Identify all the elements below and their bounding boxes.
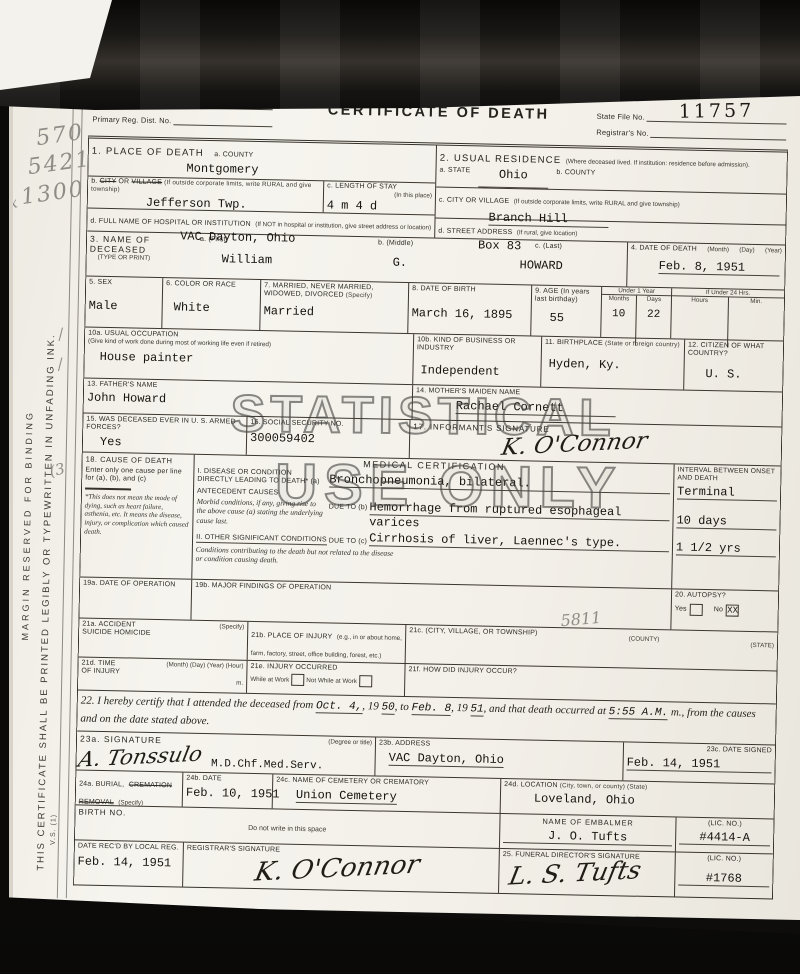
certify-time: 5:55 A.M. <box>609 706 669 720</box>
not-while-label: Not While at Work <box>306 677 357 685</box>
birthplace-note: (State or foreign country) <box>605 340 680 349</box>
time-of-injury-label: 21d. TIME OF INJURY <box>81 660 126 678</box>
name-of-deceased-label: 3. NAME OF DECEASED <box>90 234 194 256</box>
certificate-paper: MARGIN RESERVED FOR BINDING THIS CERTIFI… <box>0 42 800 920</box>
primary-reg-dist-label: Primary Reg. Dist. No. <box>92 115 171 126</box>
hours-label: Hours <box>672 297 728 305</box>
interval-b: 10 days <box>676 514 776 531</box>
min-label: Min. <box>728 298 784 306</box>
usual-residence-title: 2. USUAL RESIDENCE <box>440 153 562 166</box>
burial-label: 24a. BURIAL, <box>79 780 124 788</box>
state-file-value: 11757 <box>679 100 755 123</box>
usual-residence-cell: 2. USUAL RESIDENCE (Where deceased lived… <box>434 146 787 245</box>
sidebar-divider <box>85 487 131 490</box>
place-of-death-title: 1. PLACE OF DEATH <box>92 146 204 159</box>
pencil-note-1: 570 <box>35 120 86 151</box>
certify-post2: occurred at <box>555 704 606 717</box>
scanned-death-certificate: MARGIN RESERVED FOR BINDING THIS CERTIFI… <box>0 0 800 974</box>
injury-occurred-label: 21e. INJURY OCCURRED <box>250 663 401 674</box>
cause-c-value: Cirrhosis of liver, Laennec's type. <box>369 531 669 552</box>
registrar-signature-cell: REGISTRAR'S SIGNATURE K. O'Connor <box>182 843 499 893</box>
residence-county-label: b. COUNTY <box>556 169 596 190</box>
armed-forces-label: 15. WAS DECEASED EVER IN U. S. ARMED FOR… <box>86 416 243 436</box>
months-label: Months <box>602 295 636 303</box>
burial-location-value: Loveland, Ohio <box>534 792 771 811</box>
while-at-work-label: While at Work <box>250 676 289 684</box>
pencil-note-2: 5421 <box>26 147 93 181</box>
registrar-no-blank <box>651 128 787 141</box>
birthplace-value: Hyden, Ky. <box>549 357 681 374</box>
state-file-block: State File No. 11757 Registrar's No. <box>596 98 787 141</box>
marital-value: Married <box>264 304 405 321</box>
autopsy-yes-label: Yes <box>675 606 687 615</box>
dod-day: (Day) <box>739 247 755 256</box>
embalmer-value: J. O. Tufts <box>503 828 672 846</box>
county-label: a. COUNTY <box>214 151 253 159</box>
cause-footnote: *This does not mean the mode of dying, s… <box>84 492 190 538</box>
occupation-value: House painter <box>100 349 410 369</box>
place-of-death-cell: 1. PLACE OF DEATH a. COUNTY Montgomery b… <box>87 139 436 238</box>
date-of-operation-label: 19a. DATE OF OPERATION <box>83 580 188 590</box>
cause-instruction: Enter only one cause per line for (a), (… <box>85 467 190 486</box>
city-word: CITY <box>100 178 117 185</box>
cause-sidebar: 18. CAUSE OF DEATH Enter only one cause … <box>80 453 193 579</box>
date-of-death-label: 4. DATE OF DEATH <box>631 244 697 254</box>
dod-month: (Month) <box>707 246 729 255</box>
embalmer-lic-label: (LIC. NO.) <box>679 820 770 830</box>
injury-county-label: (COUNTY) <box>628 635 659 666</box>
business-label: 10b. KIND OF BUSINESS OR INDUSTRY <box>417 336 538 355</box>
interval-cell: INTERVAL BETWEEN ONSET AND DEATH Termina… <box>671 464 780 590</box>
physician-address-value: VAC Dayton, Ohio <box>389 751 504 768</box>
injury-state-label: (STATE) <box>750 642 774 668</box>
place-of-injury-label: 21b. PLACE OF INJURY <box>251 632 332 641</box>
certify-y1-pre: , 19 <box>362 700 379 712</box>
pencil-note-3: 1300 <box>20 177 87 211</box>
cemetery-label: 24c. NAME OF CEMETERY OR CREMATORY <box>276 776 497 789</box>
book-spine <box>0 96 9 904</box>
autopsy-yes-checkbox <box>690 604 703 616</box>
burial-date-value: Feb. 10, 1951 <box>186 786 269 802</box>
date-of-death-value: Feb. 8, 1951 <box>658 259 779 276</box>
embalmer-label: NAME OF EMBALMER <box>503 816 672 828</box>
burial-date-label: 24b. DATE <box>186 775 269 785</box>
autopsy-no-checkbox: XX <box>726 605 739 617</box>
burial-location-note: (City, town, or county) (State) <box>560 782 648 791</box>
sex-value: Male <box>89 299 159 314</box>
under-24-cell: If Under 24 Hrs. Hours Min. <box>670 288 784 340</box>
date-recd-label: DATE REC'D BY LOCAL REG. <box>78 842 180 852</box>
margin-ink-text: THIS CERTIFICATE SHALL BE PRINTED LEGIBL… <box>35 211 59 871</box>
cause-of-death-label: 18. CAUSE OF DEATH <box>86 455 191 466</box>
certify-to-word: , to <box>395 701 409 713</box>
margin-binding-text: MARGIN RESERVED FOR BINDING <box>20 390 35 640</box>
interval-label: INTERVAL BETWEEN ONSET AND DEATH <box>677 466 777 484</box>
certify-y2: 51 <box>470 703 483 716</box>
village-word: VILLAGE <box>131 178 162 186</box>
time-cols: (Month) (Day) (Year) (Hour) <box>166 661 243 679</box>
page-edge <box>9 96 13 902</box>
date-of-death-cell: 4. DATE OF DEATH (Month) (Day) (Year) Fe… <box>626 242 785 289</box>
race-value: White <box>174 301 257 317</box>
funeral-director-signature: L. S. Tufts <box>506 856 643 891</box>
degree-value: M.D.Chf.Med.Serv. <box>211 758 323 772</box>
length-of-stay-value: 4 m 4 d <box>327 198 432 214</box>
usual-residence-note: (Where deceased lived. If institution: r… <box>566 158 750 169</box>
row-place-residence: 1. PLACE OF DEATH a. COUNTY Montgomery b… <box>87 139 787 245</box>
due-to-c-label: DUE TO (c) <box>329 537 367 546</box>
certify-y1: 50 <box>381 702 394 715</box>
residence-state-label: a. STATE <box>439 167 470 188</box>
certify-to: Feb. 8 <box>411 702 451 716</box>
street-note: (If rural, give location) <box>517 229 578 237</box>
institution-note: (If NOT in hospital or institution, give… <box>255 221 431 232</box>
months-value: 10 <box>602 308 636 321</box>
institution-label: d. FULL NAME OF HOSPITAL OR INSTITUTION <box>90 218 251 228</box>
date-signed-label: 23c. DATE SIGNED <box>627 744 772 755</box>
certify-from: Oct. 4, <box>316 700 362 714</box>
degree-note: (Degree or title) <box>328 738 372 749</box>
residence-city-note: (If outside corporate limits, write RURA… <box>514 198 680 208</box>
interval-c: 1 1/2 yrs <box>676 541 776 558</box>
date-recd-value: Feb. 14, 1951 <box>77 855 179 871</box>
accident-note: (Specify) <box>219 623 245 657</box>
embalmer-lic-value: #4414-A <box>679 830 770 847</box>
accident-label: 21a. ACCIDENT SUICIDE HOMICIDE <box>82 621 153 656</box>
physician-signature: A. Tonssulo <box>76 742 204 772</box>
last-name-value: HOWARD <box>519 259 623 275</box>
funeral-lic-value: #1768 <box>678 871 769 888</box>
pencil-slash-1: / <box>56 325 65 344</box>
age-label: 9. AGE (In years last birthday) <box>535 288 598 306</box>
first-name-value: William <box>222 253 342 269</box>
interval-a: Terminal <box>677 485 777 502</box>
marital-note: (Specify) <box>346 292 373 300</box>
stamp-use-only: USE ONLY <box>275 451 623 522</box>
injury-city-label: 21c. (CITY, VILLAGE, OR TOWNSHIP) <box>409 627 538 664</box>
funeral-lic-label: (LIC. NO.) <box>679 855 770 865</box>
residence-city-label: c. CITY OR VILLAGE <box>439 197 510 205</box>
autopsy-no-label: No <box>714 606 724 615</box>
primary-reg-dist-blank <box>173 115 272 127</box>
residence-state-value: Ohio <box>478 167 548 188</box>
street-label: d. STREET ADDRESS <box>438 228 512 236</box>
burial-location-label: 24d. LOCATION <box>504 781 558 789</box>
state-file-label: State File No. <box>597 112 645 122</box>
city-b: b. <box>91 178 97 185</box>
dod-year: (Year) <box>765 247 782 256</box>
armed-forces-value: Yes <box>100 435 243 452</box>
business-value: Independent <box>420 363 537 379</box>
certify-y2-pre: , 19 <box>451 702 468 714</box>
sex-label: 5. SEX <box>89 279 159 289</box>
birthplace-label: 11. BIRTHPLACE <box>545 339 603 347</box>
while-at-work-checkbox <box>291 674 304 686</box>
pencil-scribble: (3 <box>48 460 67 481</box>
cemetery-value: Union Cemetery <box>296 788 397 805</box>
registrar-no-label: Registrar's No. <box>596 128 649 138</box>
registrar-signature: K. O'Connor <box>252 850 422 888</box>
days-label: Days <box>637 296 671 304</box>
under-one-year-cell: Under 1 Year Months 10 Days 22 <box>600 287 671 338</box>
name-note: (TYPE OR PRINT) <box>98 254 194 263</box>
autopsy-label: 20. AUTOPSY? <box>675 591 775 601</box>
middle-name-value: G. <box>392 256 473 272</box>
race-label: 6. COLOR OR RACE <box>166 280 257 290</box>
funeral-director-cell: 25. FUNERAL DIRECTOR'S SIGNATURE L. S. T… <box>498 849 675 897</box>
or-word: OR <box>118 178 129 185</box>
age-value: 55 <box>549 311 597 326</box>
dob-label: 8. DATE OF BIRTH <box>412 285 528 296</box>
certify-pre: 22. I hereby certify that I attended the… <box>81 695 314 712</box>
stamp-statistical: STATISTICAL <box>230 384 616 448</box>
other-conditions-note: Conditions contributing to the death but… <box>193 544 399 569</box>
days-value: 22 <box>637 309 671 322</box>
citizen-value: U. S. <box>705 367 779 382</box>
certify-post1: , and that death <box>483 703 552 716</box>
autopsy-cell: 20. AUTOPSY? Yes No XX <box>670 589 778 631</box>
date-signed-value: Feb. 14, 1951 <box>626 756 771 774</box>
physician-signature-cell: 23a. SIGNATURE (Degree or title) A. Tons… <box>76 731 375 775</box>
citizen-label: 12. CITIZEN OF WHAT COUNTRY? <box>688 342 780 361</box>
first-name-label: a. (First) <box>200 236 342 247</box>
dob-value: March 16, 1895 <box>411 306 527 322</box>
margin-vs-note: V.S. (1) <box>50 785 58 845</box>
middle-name-label: b. (Middle) <box>378 239 474 249</box>
last-name-label: c. (Last) <box>535 243 624 253</box>
not-while-checkbox <box>359 675 372 687</box>
pencil-slash-2: / <box>56 355 65 374</box>
